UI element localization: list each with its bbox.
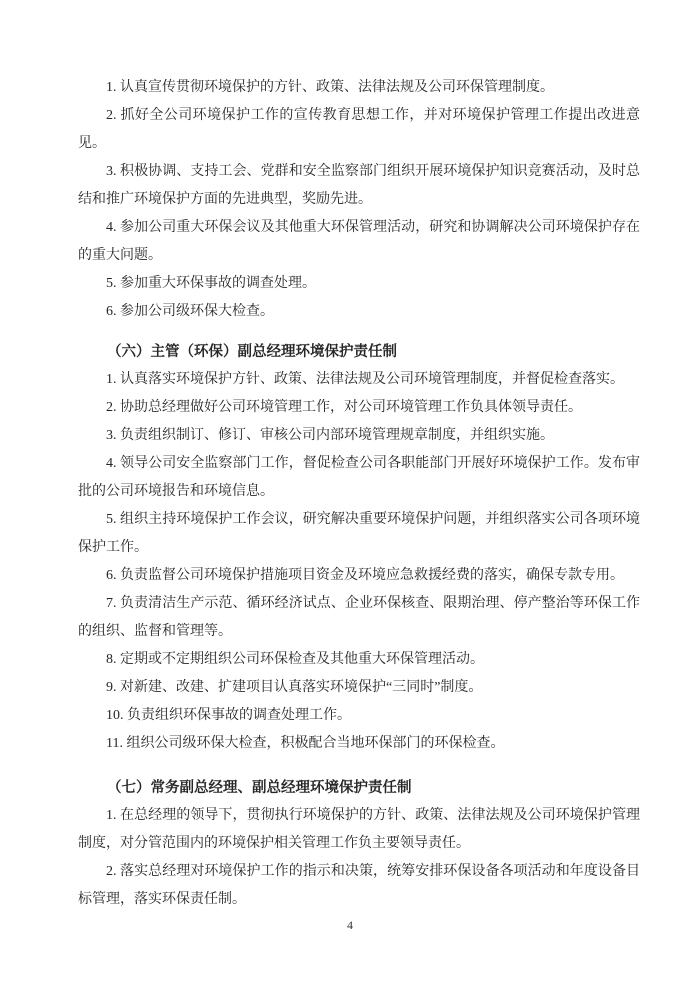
paragraph: 1. 认真宣传贯彻环境保护的方针、政策、法律法规及公司环保管理制度。 [78, 74, 640, 102]
paragraph: 2. 抓好全公司环境保护工作的宣传教育思想工作，并对环境保护管理工作提出改进意见… [78, 102, 640, 158]
document-page: 1. 认真宣传贯彻环境保护的方针、政策、法律法规及公司环保管理制度。 2. 抓好… [0, 0, 700, 990]
page-number: 4 [0, 917, 700, 933]
paragraph: 1. 在总经理的领导下，贯彻执行环境保护的方针、政策、法律法规及公司环境保护管理… [78, 802, 640, 858]
section-heading-seven: （七）常务副总经理、副总经理环境保护责任制 [78, 774, 640, 802]
paragraph: 3. 积极协调、支持工会、党群和安全监察部门组织开展环境保护知识竞赛活动，及时总… [78, 158, 640, 214]
paragraph: 6. 负责监督公司环境保护措施项目资金及环境应急救援经费的落实，确保专款专用。 [78, 562, 640, 590]
paragraph: 2. 落实总经理对环境保护工作的指示和决策，统筹安排环保设备各项活动和年度设备目… [78, 858, 640, 914]
paragraph: 3. 负责组织制订、修订、审核公司内部环境管理规章制度，并组织实施。 [78, 422, 640, 450]
paragraph: 8. 定期或不定期组织公司环保检查及其他重大环保管理活动。 [78, 646, 640, 674]
paragraph: 5. 组织主持环境保护工作会议，研究解决重要环境保护问题，并组织落实公司各项环境… [78, 506, 640, 562]
paragraph: 2. 协助总经理做好公司环境管理工作，对公司环境管理工作负具体领导责任。 [78, 394, 640, 422]
paragraph: 6. 参加公司级环保大检查。 [78, 298, 640, 326]
paragraph: 4. 参加公司重大环保会议及其他重大环保管理活动，研究和协调解决公司环境保护存在… [78, 214, 640, 270]
paragraph: 4. 领导公司安全监察部门工作，督促检查公司各职能部门开展好环境保护工作。发布审… [78, 450, 640, 506]
paragraph: 9. 对新建、改建、扩建项目认真落实环境保护“三同时”制度。 [78, 674, 640, 702]
paragraph: 10. 负责组织环保事故的调查处理工作。 [78, 702, 640, 730]
section-heading-six: （六）主管（环保）副总经理环境保护责任制 [78, 338, 640, 366]
paragraph: 11. 组织公司级环保大检查，积极配合当地环保部门的环保检查。 [78, 730, 640, 758]
paragraph: 1. 认真落实环境保护方针、政策、法律法规及公司环境管理制度，并督促检查落实。 [78, 366, 640, 394]
document-content: 1. 认真宣传贯彻环境保护的方针、政策、法律法规及公司环保管理制度。 2. 抓好… [0, 0, 700, 914]
paragraph: 5. 参加重大环保事故的调查处理。 [78, 270, 640, 298]
paragraph: 7. 负责清洁生产示范、循环经济试点、企业环保核查、限期治理、停产整治等环保工作… [78, 590, 640, 646]
